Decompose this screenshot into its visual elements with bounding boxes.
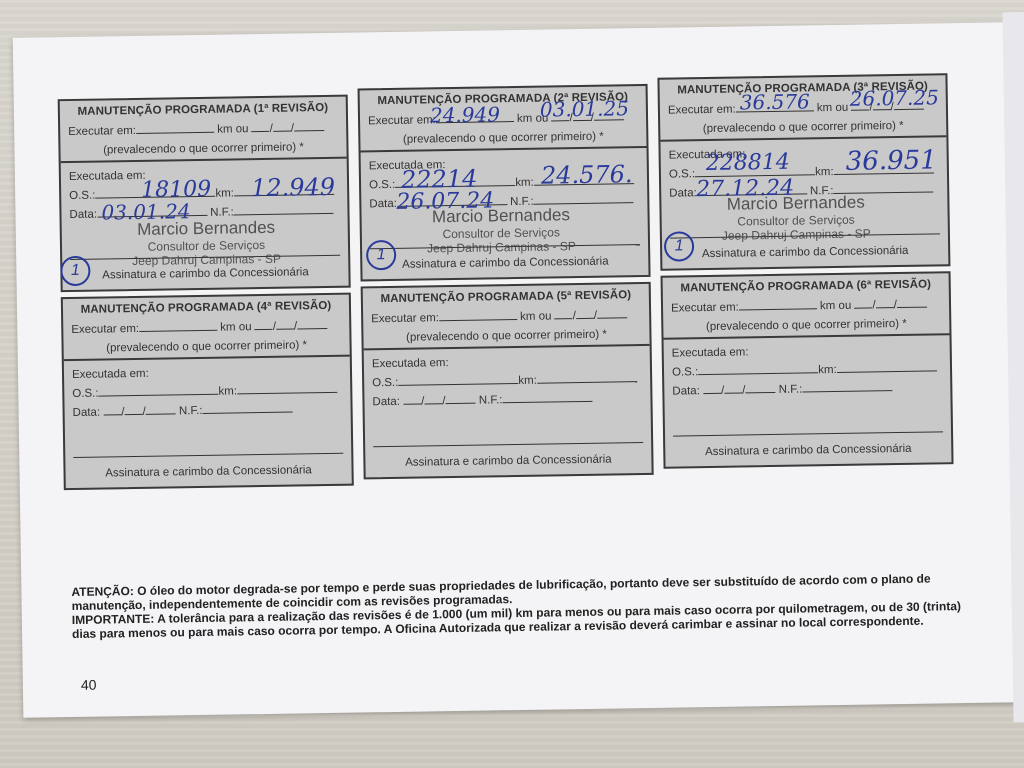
revision-box-2: MANUTENÇÃO PROGRAMADA (2ª REVISÃO) Execu… <box>358 84 651 282</box>
prevailing-note: (prevalecendo o que ocorrer primeiro) * <box>368 130 638 146</box>
km-or-label: km ou <box>217 123 249 135</box>
handwritten-os: 228814 <box>706 150 790 176</box>
next-page-edge <box>1002 12 1024 722</box>
handwritten-km: 24.576. <box>541 160 633 189</box>
nf-label: N.F.: <box>210 206 234 218</box>
signature-label: Assinatura e carimbo da Concessionária <box>665 442 951 458</box>
page-number: 40 <box>81 677 97 693</box>
signature-line <box>73 453 343 458</box>
km-label: km: <box>815 166 834 178</box>
revision-title: MANUTENÇÃO PROGRAMADA (5ª REVISÃO) <box>371 289 641 305</box>
revision-title: MANUTENÇÃO PROGRAMADA (4ª REVISÃO) <box>71 300 341 316</box>
prevailing-note: (prevalecendo o que ocorrer primeiro) * <box>371 328 641 344</box>
handwritten-km: 12.949 <box>251 173 335 202</box>
km-label: km: <box>215 187 234 199</box>
signature-label: Assinatura e carimbo da Concessionária <box>365 453 651 469</box>
handwritten-scheduled-date: 03.01.25 <box>540 96 629 121</box>
execute-at-label: Executar em: <box>668 104 736 117</box>
execute-at-label: Executar em: <box>368 114 436 127</box>
nf-label: N.F.: <box>779 384 803 396</box>
executed-at-label: Executada em: <box>672 343 942 359</box>
date-label: Data: <box>69 209 97 221</box>
handwritten-scheduled-km: 24.949 <box>430 102 500 127</box>
revision-box-1: MANUTENÇÃO PROGRAMADA (1ª REVISÃO) Execu… <box>58 95 351 293</box>
revision-grid: MANUTENÇÃO PROGRAMADA (1ª REVISÃO) Execu… <box>58 85 958 99</box>
prevailing-note: (prevalecendo o que ocorrer primeiro) * <box>668 119 938 135</box>
signature-line <box>673 431 943 436</box>
execute-at-label: Executar em: <box>71 323 139 336</box>
executed-at-label: Executada em: <box>72 365 342 381</box>
dealer-stamp: Marcio Bernandes Consultor de Serviços J… <box>132 218 281 268</box>
signature-label: Assinatura e carimbo da Concessionária <box>662 244 948 260</box>
execute-at-label: Executar em: <box>371 312 439 325</box>
manual-page: MANUTENÇÃO PROGRAMADA (1ª REVISÃO) Execu… <box>13 22 1024 718</box>
revision-title: MANUTENÇÃO PROGRAMADA (1ª REVISÃO) <box>68 102 338 118</box>
prevailing-note: (prevalecendo o que ocorrer primeiro) * <box>68 141 338 157</box>
km-label: km: <box>518 375 537 387</box>
signature-line <box>373 442 643 447</box>
os-label: O.S.: <box>369 179 395 191</box>
km-label: km: <box>218 385 237 397</box>
os-label: O.S.: <box>672 366 698 378</box>
execute-at-label: Executar em: <box>68 125 136 138</box>
revision-title: MANUTENÇÃO PROGRAMADA (6ª REVISÃO) <box>671 278 941 294</box>
km-or-label: km ou <box>520 310 552 322</box>
signature-label: Assinatura e carimbo da Concessionária <box>62 266 348 282</box>
os-label: O.S.: <box>372 377 398 389</box>
nf-label: N.F.: <box>479 394 503 406</box>
nf-label: N.F.: <box>179 405 203 417</box>
date-label: Data: <box>672 385 700 397</box>
os-label: O.S.: <box>72 388 98 400</box>
dealer-stamp: Marcio Bernandes Consultor de Serviços J… <box>721 192 870 242</box>
date-label: Data: <box>369 198 397 210</box>
os-label: O.S.: <box>669 168 695 180</box>
km-label: km: <box>515 177 534 189</box>
revision-box-3: MANUTENÇÃO PROGRAMADA (3ª REVISÃO) Execu… <box>657 73 950 271</box>
km-or-label: km ou <box>220 321 252 333</box>
km-or-label: km ou <box>817 102 849 114</box>
revision-box-4: MANUTENÇÃO PROGRAMADA (4ª REVISÃO) Execu… <box>61 293 354 491</box>
os-label: O.S.: <box>69 190 95 202</box>
execute-at-label: Executar em: <box>671 302 739 315</box>
signature-label: Assinatura e carimbo da Concessionária <box>65 464 351 480</box>
revision-box-6: MANUTENÇÃO PROGRAMADA (6ª REVISÃO) Execu… <box>661 271 954 469</box>
date-label: Data: <box>372 396 400 408</box>
prevailing-note: (prevalecendo o que ocorrer primeiro) * <box>72 339 342 355</box>
date-label: Data: <box>73 407 101 419</box>
handwritten-km: 36.951 <box>846 145 937 176</box>
notice-block: ATENÇÃO: O óleo do motor degrada-se por … <box>71 571 972 641</box>
dealer-stamp: Marcio Bernandes Consultor de Serviços J… <box>426 205 575 255</box>
signature-label: Assinatura e carimbo da Concessionária <box>362 255 648 271</box>
handwritten-scheduled-date: 26.07.25 <box>850 85 939 110</box>
prevailing-note: (prevalecendo o que ocorrer primeiro) * <box>671 317 941 333</box>
km-or-label: km ou <box>820 300 852 312</box>
km-label: km: <box>818 364 837 376</box>
handwritten-scheduled-km: 36.576 <box>740 89 810 114</box>
date-label: Data: <box>669 187 697 199</box>
revision-box-5: MANUTENÇÃO PROGRAMADA (5ª REVISÃO) Execu… <box>361 282 654 480</box>
executed-at-label: Executada em: <box>372 354 642 370</box>
